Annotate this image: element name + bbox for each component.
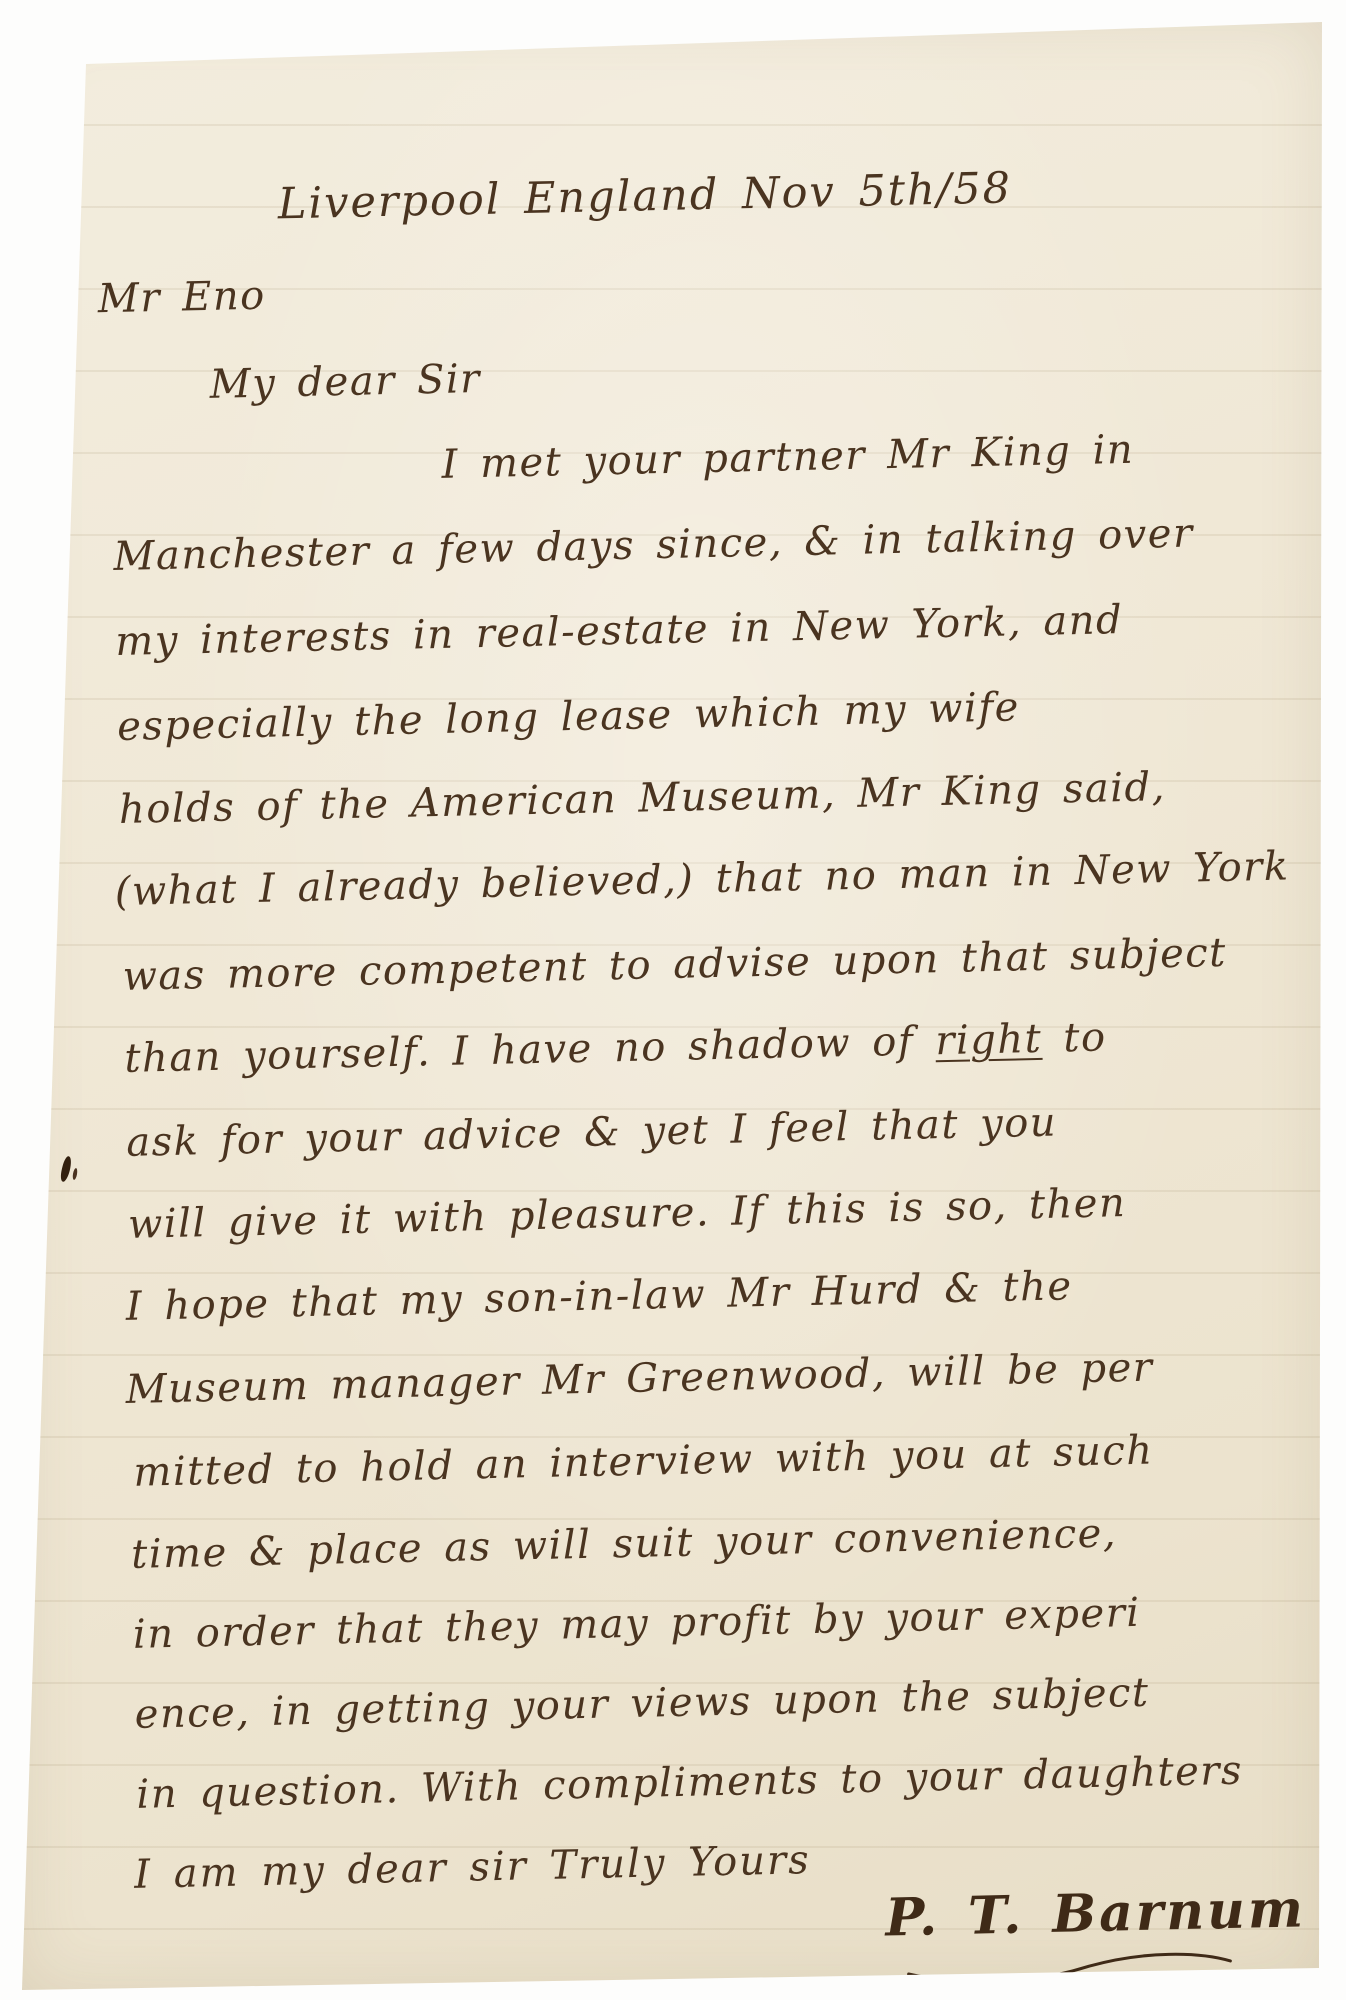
line-segment: Museum manager Mr Greenwood, will be per bbox=[125, 1345, 1154, 1413]
letter-line: especially the long lease which my wife bbox=[117, 687, 1020, 747]
line-segment: I hope that my son-in-law Mr Hurd & the bbox=[125, 1263, 1073, 1330]
line-segment: mitted to hold an interview with you at … bbox=[133, 1428, 1154, 1496]
letter-line: will give it with pleasure. If this is s… bbox=[128, 1183, 1127, 1245]
letter-line: ask for your advice & yet I feel that yo… bbox=[126, 1103, 1058, 1163]
letter-line: my interests in real-estate in New York,… bbox=[115, 600, 1124, 662]
line-segment: (what I already believed,) that no man i… bbox=[114, 843, 1290, 915]
line-segment: my interests in real-estate in New York,… bbox=[115, 597, 1124, 665]
letter-paper: Liverpool England Nov 5th/58 Mr Eno My d… bbox=[18, 16, 1326, 1994]
salutation: My dear Sir bbox=[209, 359, 481, 405]
closing-line: I am my dear sir Truly Yours bbox=[134, 1840, 811, 1895]
letter-line: was more competent to advise upon that s… bbox=[122, 933, 1227, 997]
letter-line: in order that they may profit by your ex… bbox=[133, 1593, 1141, 1655]
line-segment: in order that they may profit by your ex… bbox=[133, 1590, 1142, 1658]
line-segment: ask for your advice & yet I feel that yo… bbox=[126, 1100, 1058, 1166]
letter-line: than yourself. I have no shadow of right… bbox=[124, 1017, 1107, 1078]
line-segment: holds of the American Museum, Mr King sa… bbox=[119, 764, 1167, 833]
recipient: Mr Eno bbox=[97, 276, 266, 320]
line-segment: especially the long lease which my wife bbox=[117, 684, 1021, 750]
line-segment: in question. With compliments to your da… bbox=[136, 1748, 1243, 1818]
line-segment: Manchester a few days since, & in talkin… bbox=[113, 510, 1194, 580]
letter-line: ence, in getting your views upon the sub… bbox=[134, 1673, 1150, 1735]
line-segment: to bbox=[1042, 1014, 1107, 1061]
letter-line: in question. With compliments to your da… bbox=[136, 1751, 1243, 1815]
letter-line: I met your partner Mr King in bbox=[441, 430, 1134, 485]
line-segment: I met your partner Mr King in bbox=[441, 427, 1135, 488]
letter-line: Museum manager Mr Greenwood, will be per bbox=[125, 1348, 1154, 1410]
letter-line: holds of the American Museum, Mr King sa… bbox=[119, 767, 1167, 830]
line-segment: time & place as will suit your convenien… bbox=[131, 1510, 1118, 1577]
handwritten-text: Liverpool England Nov 5th/58 Mr Eno My d… bbox=[75, 61, 1346, 2000]
letter-photo: Liverpool England Nov 5th/58 Mr Eno My d… bbox=[0, 0, 1346, 2000]
underlined-word: right bbox=[935, 1016, 1043, 1064]
line-segment: ence, in getting your views upon the sub… bbox=[134, 1670, 1150, 1738]
line-segment: was more competent to advise upon that s… bbox=[122, 930, 1227, 1000]
letter-line: I hope that my son-in-law Mr Hurd & the bbox=[125, 1266, 1072, 1327]
signature-flourish bbox=[904, 1947, 1235, 1990]
line-segment: than yourself. I have no shadow of bbox=[124, 1018, 936, 1082]
letter-line: mitted to hold an interview with you at … bbox=[133, 1431, 1154, 1493]
letter-line: (what I already believed,) that no man i… bbox=[114, 846, 1290, 912]
signature: P. T. Barnum bbox=[885, 1883, 1307, 1944]
letter-line: Manchester a few days since, & in talkin… bbox=[113, 513, 1194, 577]
line-segment: will give it with pleasure. If this is s… bbox=[128, 1180, 1127, 1248]
letter-line: time & place as will suit your convenien… bbox=[131, 1513, 1118, 1574]
dateline: Liverpool England Nov 5th/58 bbox=[277, 167, 1012, 226]
